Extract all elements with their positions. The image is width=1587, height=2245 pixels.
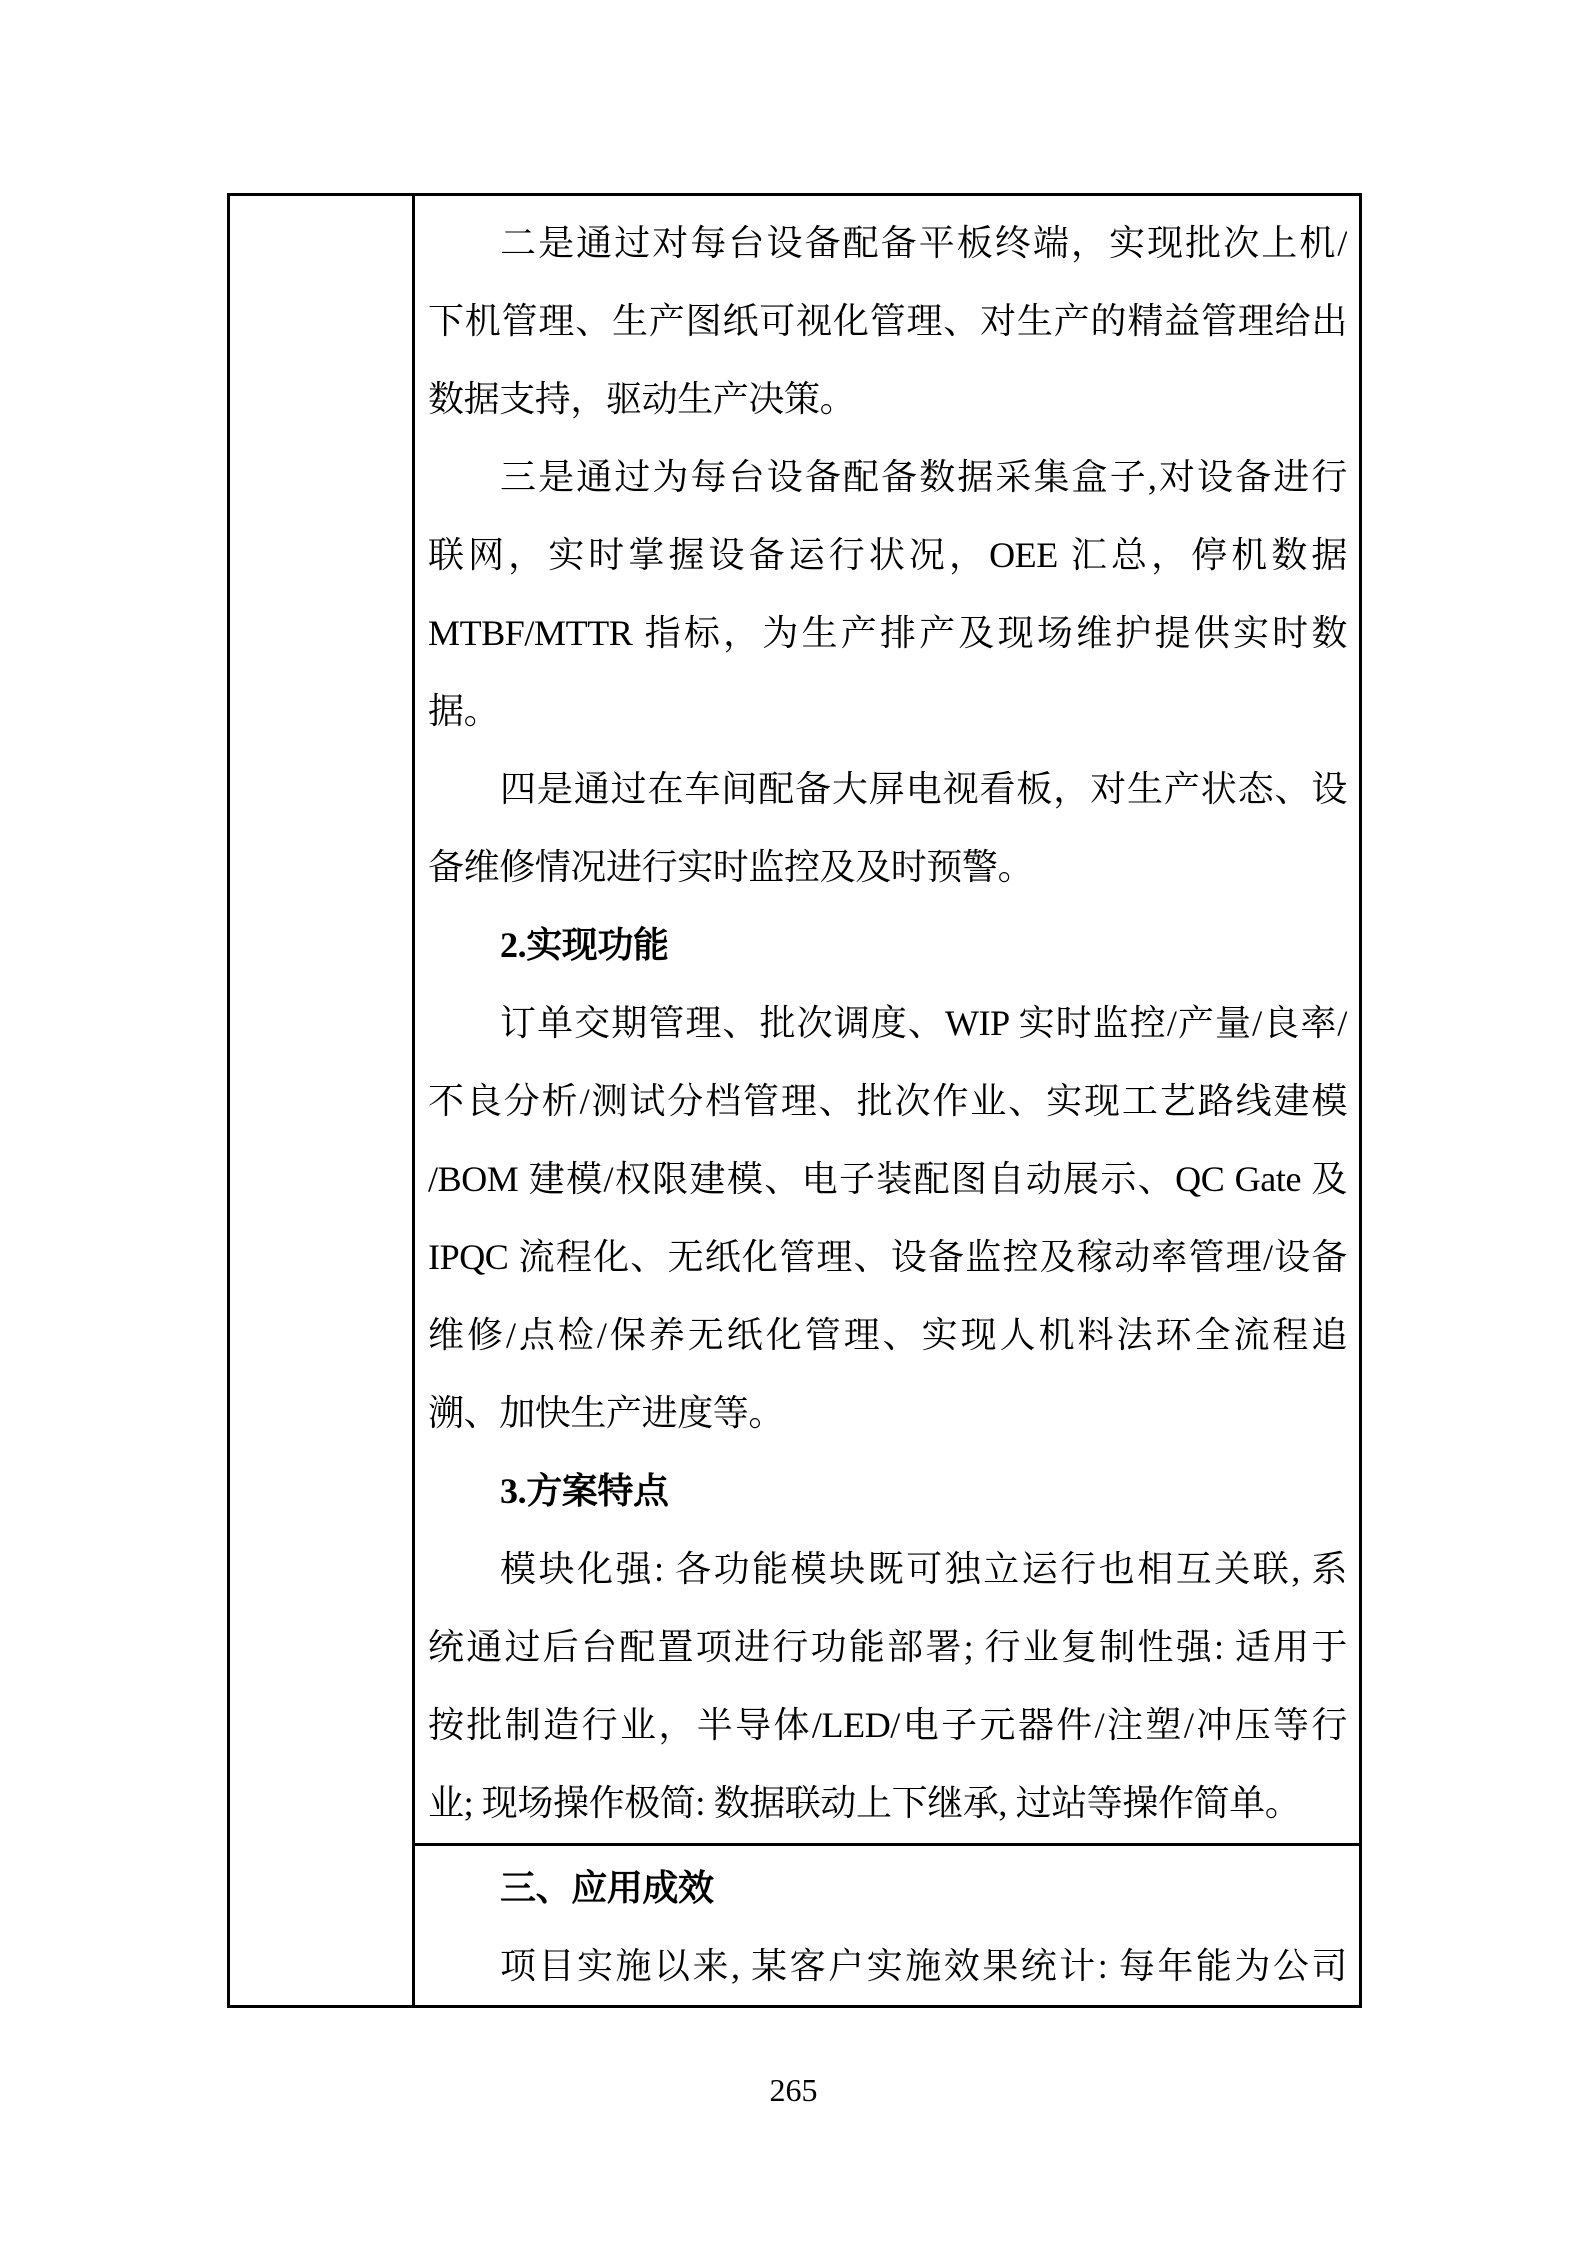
text-line: 项目实施以来, 某客户实施效果统计: 每年能为公司 bbox=[428, 1927, 1347, 2005]
table-cell-solution-details: 二是通过对每台设备配备平板终端，实现批次上机/ 下机管理、生产图纸可视化管理、对… bbox=[415, 196, 1359, 1846]
text-line: 模块化强: 各功能模块既可独立运行也相互关联, 系 bbox=[428, 1530, 1347, 1608]
text-line: IPQC 流程化、无纸化管理、设备监控及稼动率管理/设备 bbox=[428, 1218, 1347, 1296]
paragraph-application-results: 项目实施以来, 某客户实施效果统计: 每年能为公司 bbox=[428, 1927, 1347, 2005]
text-line: 业; 现场操作极简: 数据联动上下继承, 过站等操作简单。 bbox=[428, 1764, 1347, 1842]
text-line: 维修/点检/保养无纸化管理、实现人机料法环全流程追 bbox=[428, 1296, 1347, 1374]
paragraph-function-list: 订单交期管理、批次调度、WIP 实时监控/产量/良率/ 不良分析/测试分档管理、… bbox=[428, 984, 1347, 1452]
text-line: 数据支持，驱动生产决策。 bbox=[428, 360, 1347, 438]
section-heading-application-results: 三、应用成效 bbox=[428, 1849, 1347, 1927]
text-line: /BOM 建模/权限建模、电子装配图自动展示、QC Gate 及 bbox=[428, 1140, 1347, 1218]
table-cell-left-empty bbox=[230, 196, 415, 2005]
text-line: 按批制造行业，半导体/LED/电子元器件/注塑/冲压等行 bbox=[428, 1686, 1347, 1764]
page-number: 265 bbox=[0, 2072, 1587, 2108]
text-line: 下机管理、生产图纸可视化管理、对生产的精益管理给出 bbox=[428, 282, 1347, 360]
text-line: 三是通过为每台设备配备数据采集盒子,对设备进行 bbox=[428, 438, 1347, 516]
text-line: 统通过后台配置项进行功能部署; 行业复制性强: 适用于 bbox=[428, 1608, 1347, 1686]
section-heading-functions: 2.实现功能 bbox=[428, 906, 1347, 984]
heading-text: 3.方案特点 bbox=[428, 1452, 1347, 1530]
heading-text: 三、应用成效 bbox=[428, 1849, 1347, 1927]
text-line: 订单交期管理、批次调度、WIP 实时监控/产量/良率/ bbox=[428, 984, 1347, 1062]
paragraph-tablet-terminals: 二是通过对每台设备配备平板终端，实现批次上机/ 下机管理、生产图纸可视化管理、对… bbox=[428, 204, 1347, 438]
text-line: 二是通过对每台设备配备平板终端，实现批次上机/ bbox=[428, 204, 1347, 282]
paragraph-tv-dashboard: 四是通过在车间配备大屏电视看板，对生产状态、设 备维修情况进行实时监控及及时预警… bbox=[428, 750, 1347, 906]
text-line: MTBF/MTTR 指标，为生产排产及现场维护提供实时数 bbox=[428, 594, 1347, 672]
text-line: 四是通过在车间配备大屏电视看板，对生产状态、设 bbox=[428, 750, 1347, 828]
text-line: 备维修情况进行实时监控及及时预警。 bbox=[428, 828, 1347, 906]
heading-text: 2.实现功能 bbox=[428, 906, 1347, 984]
paragraph-data-collection-box: 三是通过为每台设备配备数据采集盒子,对设备进行 联网，实时掌握设备运行状况，OE… bbox=[428, 438, 1347, 750]
section-heading-solution-features: 3.方案特点 bbox=[428, 1452, 1347, 1530]
table-cell-application-results: 三、应用成效 项目实施以来, 某客户实施效果统计: 每年能为公司 bbox=[415, 1846, 1359, 2005]
text-line: 联网，实时掌握设备运行状况，OEE 汇总，停机数据 bbox=[428, 516, 1347, 594]
paragraph-solution-features: 模块化强: 各功能模块既可独立运行也相互关联, 系 统通过后台配置项进行功能部署… bbox=[428, 1530, 1347, 1842]
document-table: 二是通过对每台设备配备平板终端，实现批次上机/ 下机管理、生产图纸可视化管理、对… bbox=[227, 193, 1362, 2008]
text-line: 溯、加快生产进度等。 bbox=[428, 1374, 1347, 1452]
table-column-right: 二是通过对每台设备配备平板终端，实现批次上机/ 下机管理、生产图纸可视化管理、对… bbox=[415, 196, 1359, 2005]
text-line: 不良分析/测试分档管理、批次作业、实现工艺路线建模 bbox=[428, 1062, 1347, 1140]
text-line: 据。 bbox=[428, 672, 1347, 750]
